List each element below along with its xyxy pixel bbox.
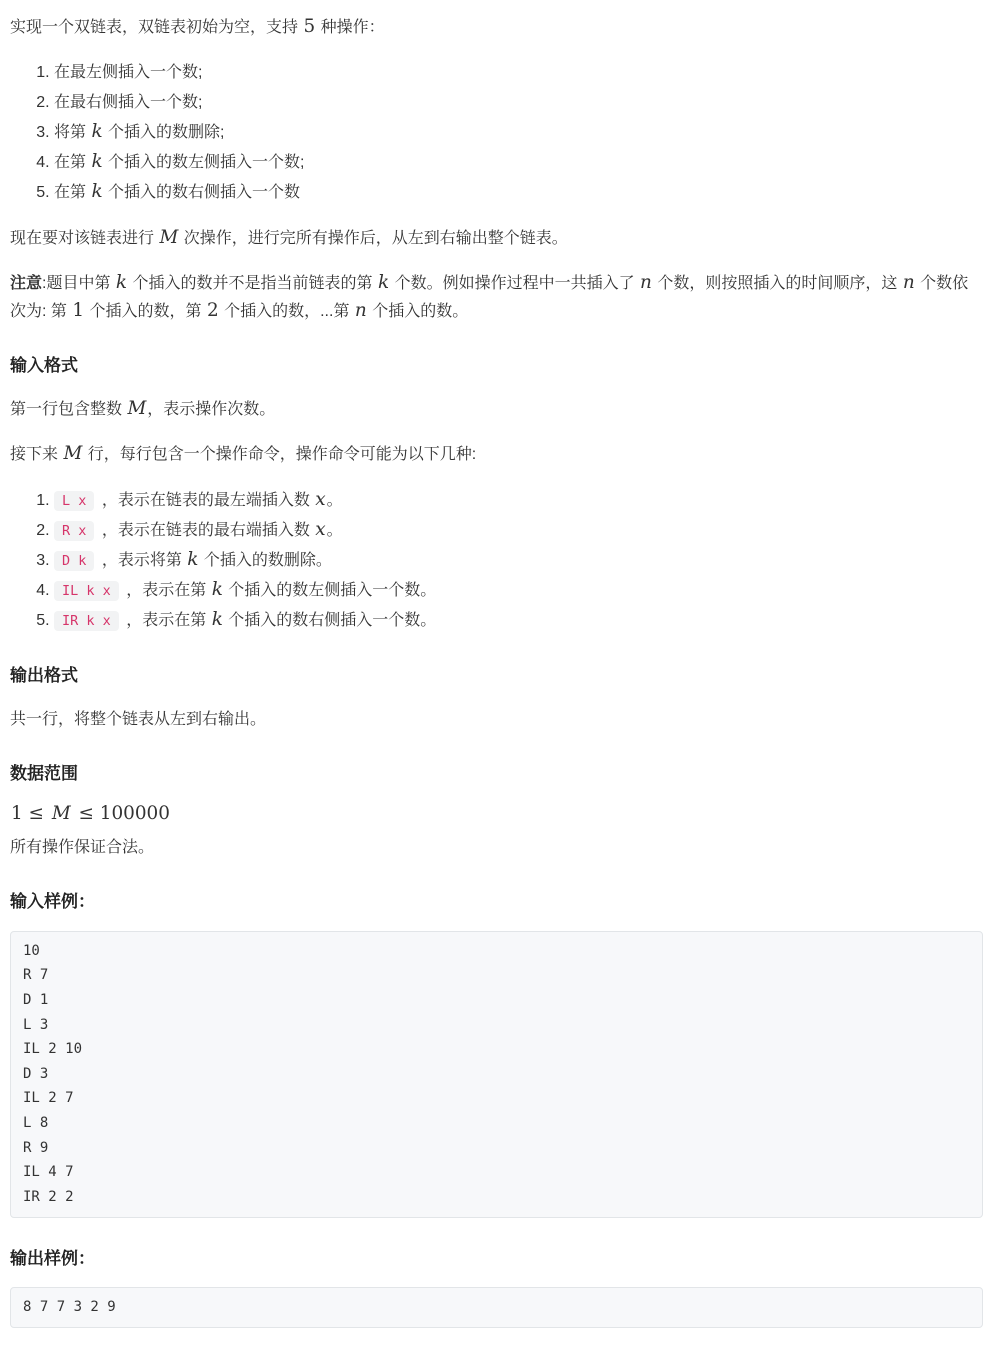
- inline-code-badge: R x: [54, 521, 94, 541]
- section-heading-sample-output: 输出样例：: [10, 1246, 983, 1272]
- text-segment: 个数。例如操作过程中一共插入了: [390, 275, 639, 292]
- math-variable: M: [126, 398, 147, 419]
- commands-list: L x ，表示在链表的最左端插入数 x。 R x ，表示在链表的最右端插入数 x…: [10, 487, 983, 635]
- section-heading-output-format: 输出格式: [10, 663, 983, 689]
- math-number: 5: [302, 16, 316, 37]
- text-segment: 现在要对该链表进行: [10, 230, 158, 247]
- text-segment: ，表示操作次数。: [147, 401, 275, 418]
- text-segment: 在最右侧插入一个数;: [54, 94, 202, 111]
- input-format-line2: 接下来 M 行，每行包含一个操作命令，操作命令可能为以下几种:: [10, 441, 983, 468]
- math-variable: k: [90, 121, 103, 142]
- list-item: D k ，表示将第 k 个插入的数删除。: [54, 547, 983, 575]
- text-segment: 次操作，进行完所有操作后，从左到右输出整个链表。: [179, 230, 567, 247]
- math-variable: n: [354, 300, 368, 321]
- text-segment: 个数，则按照插入的时间顺序，这: [653, 275, 902, 292]
- operations-list: 在最左侧插入一个数; 在最右侧插入一个数; 将第 k 个插入的数删除; 在第 k…: [10, 59, 983, 207]
- math-variable: k: [186, 549, 199, 570]
- data-range-note: 所有操作保证合法。: [10, 834, 983, 861]
- text-segment: 将第: [54, 124, 90, 141]
- text-segment: 个插入的数右侧插入一个数: [104, 184, 300, 201]
- text-segment: 个插入的数右侧插入一个数。: [224, 612, 436, 629]
- list-item: 将第 k 个插入的数删除;: [54, 119, 983, 147]
- math-variable: M: [62, 443, 83, 464]
- text-segment: 实现一个双链表，双链表初始为空，支持: [10, 19, 302, 36]
- math-variable: M: [51, 803, 72, 824]
- text-segment: 个插入的数，...第: [220, 303, 354, 320]
- inline-code-badge: IL k x: [54, 581, 119, 601]
- math-variable: x: [314, 489, 326, 510]
- text-segment: ，表示在第: [122, 612, 211, 629]
- text-segment: 第一行包含整数: [10, 401, 126, 418]
- section-heading-sample-input: 输入样例：: [10, 889, 983, 915]
- paragraph-note: 注意:题目中第 k 个插入的数并不是指当前链表的第 k 个数。例如操作过程中一共…: [10, 270, 983, 324]
- text-segment: ，表示在第: [122, 582, 211, 599]
- math-variable: M: [158, 227, 179, 248]
- sample-input-block: 10 R 7 D 1 L 3 IL 2 10 D 3 IL 2 7 L 8 R …: [10, 931, 983, 1218]
- inline-code-badge: L x: [54, 491, 94, 511]
- text-segment: ，表示在链表的最右端插入数: [97, 522, 314, 539]
- text-segment: 行，每行包含一个操作命令，操作命令可能为以下几种:: [83, 446, 476, 463]
- text-segment: 在最左侧插入一个数;: [54, 64, 202, 81]
- bold-text: 注意: [10, 275, 42, 292]
- list-item: IL k x ，表示在第 k 个插入的数左侧插入一个数。: [54, 577, 983, 605]
- list-item: 在最右侧插入一个数;: [54, 89, 983, 117]
- list-item: R x ，表示在链表的最右端插入数 x。: [54, 517, 983, 545]
- math-variable: k: [211, 609, 224, 630]
- text-segment: ，表示将第: [97, 552, 186, 569]
- math-variable: k: [115, 272, 128, 293]
- section-heading-data-range: 数据范围: [10, 761, 983, 787]
- data-range-constraint: 1 ≤ M ≤ 100000: [10, 801, 983, 828]
- math-number: 1 ≤: [10, 803, 51, 824]
- text-segment: 在第: [54, 154, 90, 171]
- math-variable: x: [314, 519, 326, 540]
- text-segment: 。: [327, 492, 343, 509]
- text-segment: 种操作：: [316, 19, 384, 36]
- section-heading-input-format: 输入格式: [10, 353, 983, 379]
- text-segment: :题目中第: [42, 275, 115, 292]
- text-segment: 个插入的数左侧插入一个数;: [104, 154, 305, 171]
- text-segment: 。: [327, 522, 343, 539]
- list-item: 在第 k 个插入的数右侧插入一个数: [54, 179, 983, 207]
- paragraph-m-operations: 现在要对该链表进行 M 次操作，进行完所有操作后，从左到右输出整个链表。: [10, 225, 983, 252]
- text-segment: 个插入的数并不是指当前链表的第: [128, 275, 377, 292]
- inline-code-badge: IR k x: [54, 611, 119, 631]
- text-segment: 个插入的数。: [368, 303, 468, 320]
- math-variable: n: [902, 272, 916, 293]
- output-format-line1: 共一行，将整个链表从左到右输出。: [10, 706, 983, 733]
- problem-intro: 实现一个双链表，双链表初始为空，支持 5 种操作：: [10, 14, 983, 41]
- list-item: 在第 k 个插入的数左侧插入一个数;: [54, 149, 983, 177]
- math-variable: k: [377, 272, 390, 293]
- math-variable: k: [211, 579, 224, 600]
- input-format-line1: 第一行包含整数 M，表示操作次数。: [10, 396, 983, 423]
- math-number: 2: [206, 300, 220, 321]
- sample-output-block: 8 7 7 3 2 9: [10, 1287, 983, 1328]
- math-variable: n: [639, 272, 653, 293]
- text-segment: 个插入的数，第: [85, 303, 206, 320]
- list-item: IR k x ，表示在第 k 个插入的数右侧插入一个数。: [54, 607, 983, 635]
- text-segment: 在第: [54, 184, 90, 201]
- math-variable: k: [90, 151, 103, 172]
- list-item: L x ，表示在链表的最左端插入数 x。: [54, 487, 983, 515]
- text-segment: 个插入的数左侧插入一个数。: [224, 582, 436, 599]
- math-variable: k: [90, 181, 103, 202]
- list-item: 在最左侧插入一个数;: [54, 59, 983, 87]
- problem-statement: 实现一个双链表，双链表初始为空，支持 5 种操作： 在最左侧插入一个数; 在最右…: [0, 0, 993, 1354]
- math-number: 1: [71, 300, 85, 321]
- inline-code-badge: D k: [54, 551, 94, 571]
- text-segment: 接下来: [10, 446, 62, 463]
- math-number: ≤ 100000: [72, 803, 171, 824]
- text-segment: ，表示在链表的最左端插入数: [97, 492, 314, 509]
- text-segment: 个插入的数删除;: [104, 124, 225, 141]
- text-segment: 个插入的数删除。: [199, 552, 331, 569]
